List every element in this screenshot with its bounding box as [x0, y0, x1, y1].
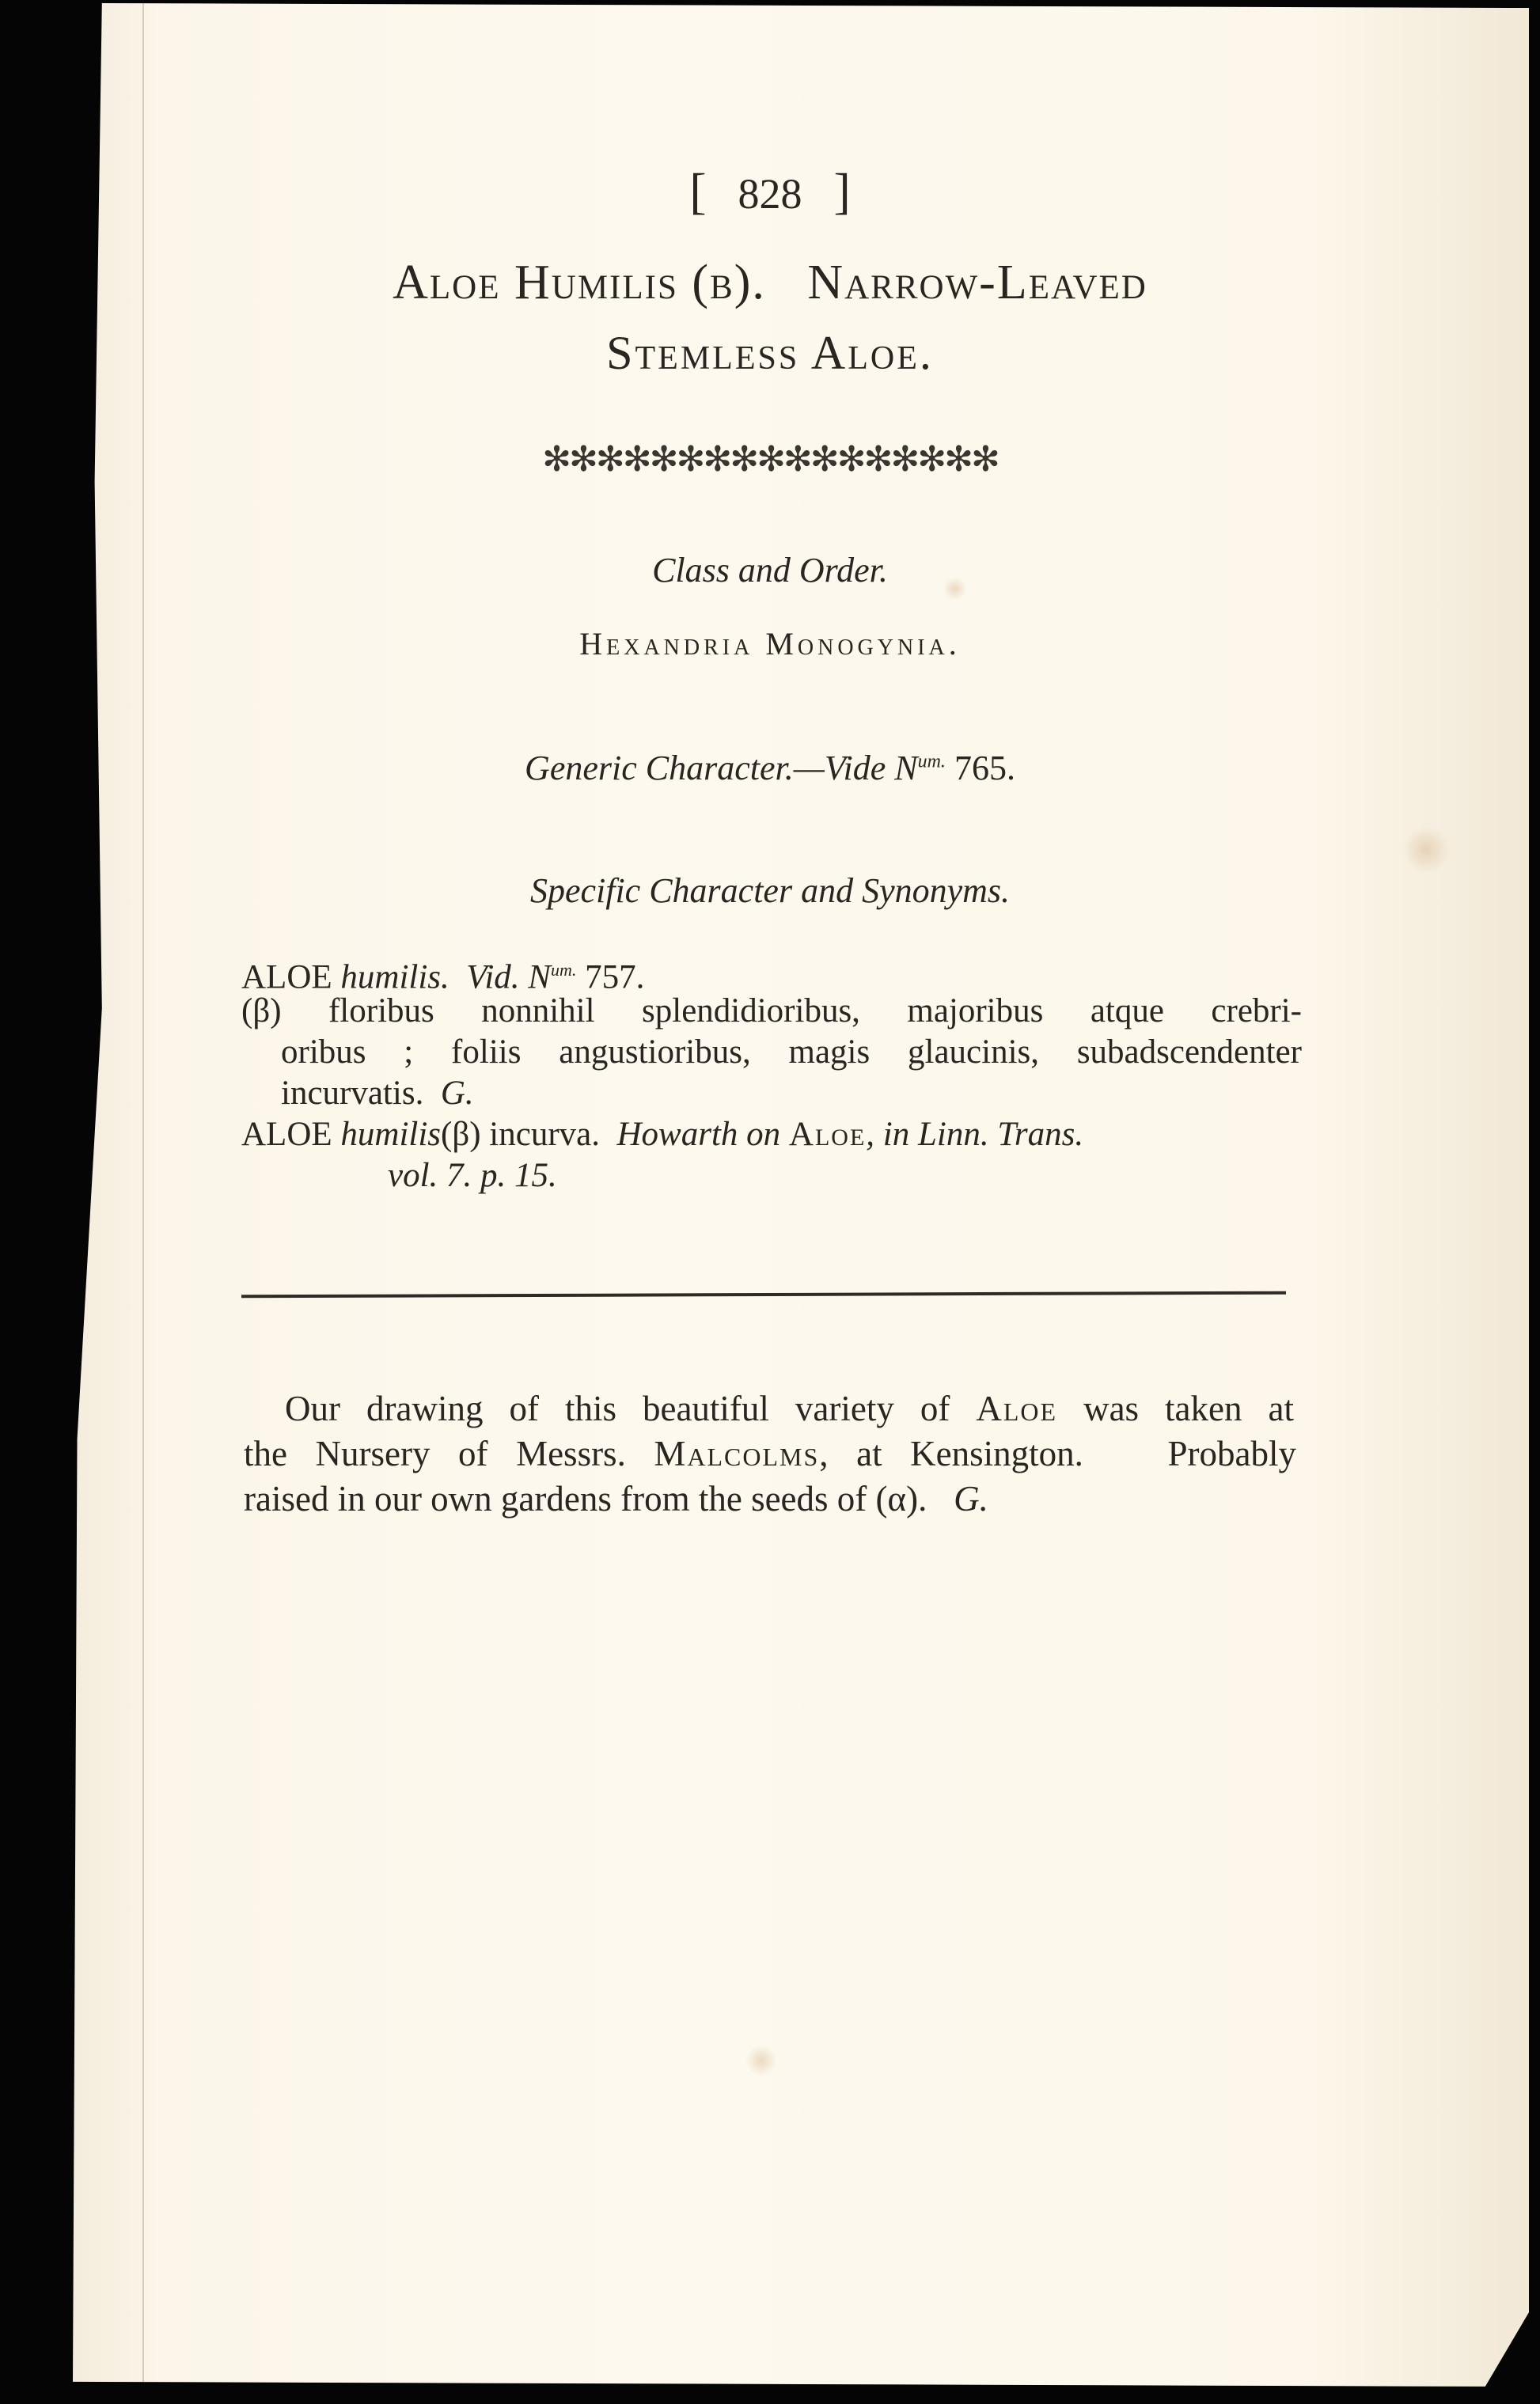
synonym-line-6: vol. 7. p. 15.	[388, 1155, 1448, 1196]
author-initial: G.	[441, 1075, 474, 1112]
synonym-line-5: ALOE humilis(β) incurva. Howarth on Aloe…	[241, 1114, 1302, 1155]
close-bracket: ]	[834, 162, 851, 221]
page-number-value: 828	[738, 170, 802, 218]
class-order-heading: Class and Order.	[0, 550, 1540, 590]
description-line-3: raised in our own gardens from the seeds…	[244, 1477, 1296, 1522]
generic-character-number: 765.	[946, 749, 1015, 787]
description-text: the Nursery of Messrs.	[244, 1434, 654, 1473]
open-bracket: [	[689, 162, 706, 221]
synonym-text: incurvatis.	[281, 1075, 441, 1112]
generic-character-sup: um.	[918, 751, 946, 772]
title-line-2: Stemless Aloe.	[0, 326, 1540, 381]
synonym-variety: (β) incurva.	[441, 1116, 616, 1153]
synonym-source: Howarth on	[617, 1116, 789, 1153]
description-line-2: the Nursery of Messrs. Malcolms, at Kens…	[244, 1431, 1296, 1477]
synonym-volume-page: vol. 7. p. 15.	[388, 1157, 557, 1194]
paper-stain	[1402, 826, 1450, 874]
generic-character-text: Generic Character.—Vide N	[525, 749, 918, 787]
synonym-source-genus: Aloe	[789, 1116, 866, 1153]
synonym-species: humilis	[340, 1116, 441, 1153]
description-line-1: Our drawing of this beautiful variety of…	[285, 1386, 1294, 1431]
synonym-line-3: oribus ; foliis angustioribus, magis gla…	[281, 1032, 1302, 1073]
description-genus: Aloe	[976, 1389, 1057, 1428]
synonym-line-2: (β) floribus nonnihil splendidioribus, m…	[241, 991, 1302, 1032]
paper-stain	[745, 2045, 777, 2076]
synonym-genus: ALOE	[241, 1116, 340, 1153]
synonym-line-4: incurvatis. G.	[281, 1073, 1341, 1114]
ornament-divider-icon: ✻✻✻✻✻✻✻✻✻✻✻✻✻✻✻✻✻	[0, 439, 1540, 480]
synonym-source-journal: , in Linn. Trans.	[866, 1116, 1083, 1153]
class-order-value: Hexandria Monogynia.	[0, 625, 1540, 662]
synonym-sup: um.	[551, 960, 576, 980]
description-text: raised in our own gardens from the seeds…	[244, 1479, 954, 1519]
description-text: Our drawing of this beautiful variety of	[285, 1389, 976, 1428]
author-initial: G.	[954, 1479, 988, 1519]
page-number: [828]	[0, 162, 1540, 221]
generic-character: Generic Character.—Vide Num. 765.	[0, 748, 1540, 788]
title-line-1: Aloe Humilis (β). Narrow-Leaved	[0, 255, 1540, 311]
specific-character-heading: Specific Character and Synonyms.	[0, 870, 1540, 911]
description-text: was taken at	[1057, 1389, 1294, 1428]
description-nursery-name: Malcolms	[654, 1434, 819, 1473]
description-text: , at Kensington. Probably	[819, 1434, 1296, 1473]
